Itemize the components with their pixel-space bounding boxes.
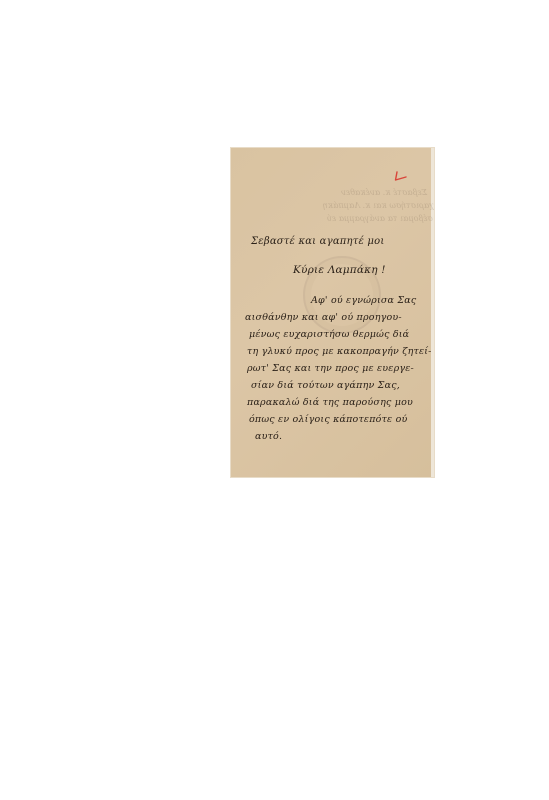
body-line: μένως ευχαριστήσω θερμώς διά bbox=[249, 329, 409, 340]
body-line: παρακαλώ διά της παρούσης μου bbox=[247, 397, 413, 408]
salutation-line-1: Σεβαστέ και αγαπητέ μοι bbox=[251, 236, 384, 247]
body-line: τη γλυκύ προς με κακοπραγήν ζητεί- bbox=[247, 346, 432, 357]
bleed-line: ευχαριστήσω και κ. Λαμπάκη bbox=[323, 201, 434, 210]
body-line: ρωτ' Σας και την προς με ευεργε- bbox=[247, 363, 414, 374]
bleed-line: σέβομαι τα ανάγραμμα εύ bbox=[327, 214, 433, 223]
red-checkmark-icon bbox=[394, 171, 408, 185]
salutation-line-2: Κύριε Λαμπάκη ! bbox=[293, 264, 386, 276]
body-line: όπως εν ολίγοις κάποτεπότε ού bbox=[249, 414, 407, 425]
body-line: Αφ' ού εγνώρισα Σας bbox=[311, 295, 416, 306]
body-line: αυτό. bbox=[255, 431, 282, 442]
letter-page: Σεβαστέ κ. ανέκαθεν ευχαριστήσω και κ. Λ… bbox=[231, 148, 434, 477]
bleed-line: Σεβαστέ κ. ανέκαθεν bbox=[341, 188, 427, 197]
body-line: σίαν διά τούτων αγάπην Σας, bbox=[251, 380, 400, 391]
body-line: αισθάνθην και αφ' ού προηγου- bbox=[245, 312, 402, 323]
